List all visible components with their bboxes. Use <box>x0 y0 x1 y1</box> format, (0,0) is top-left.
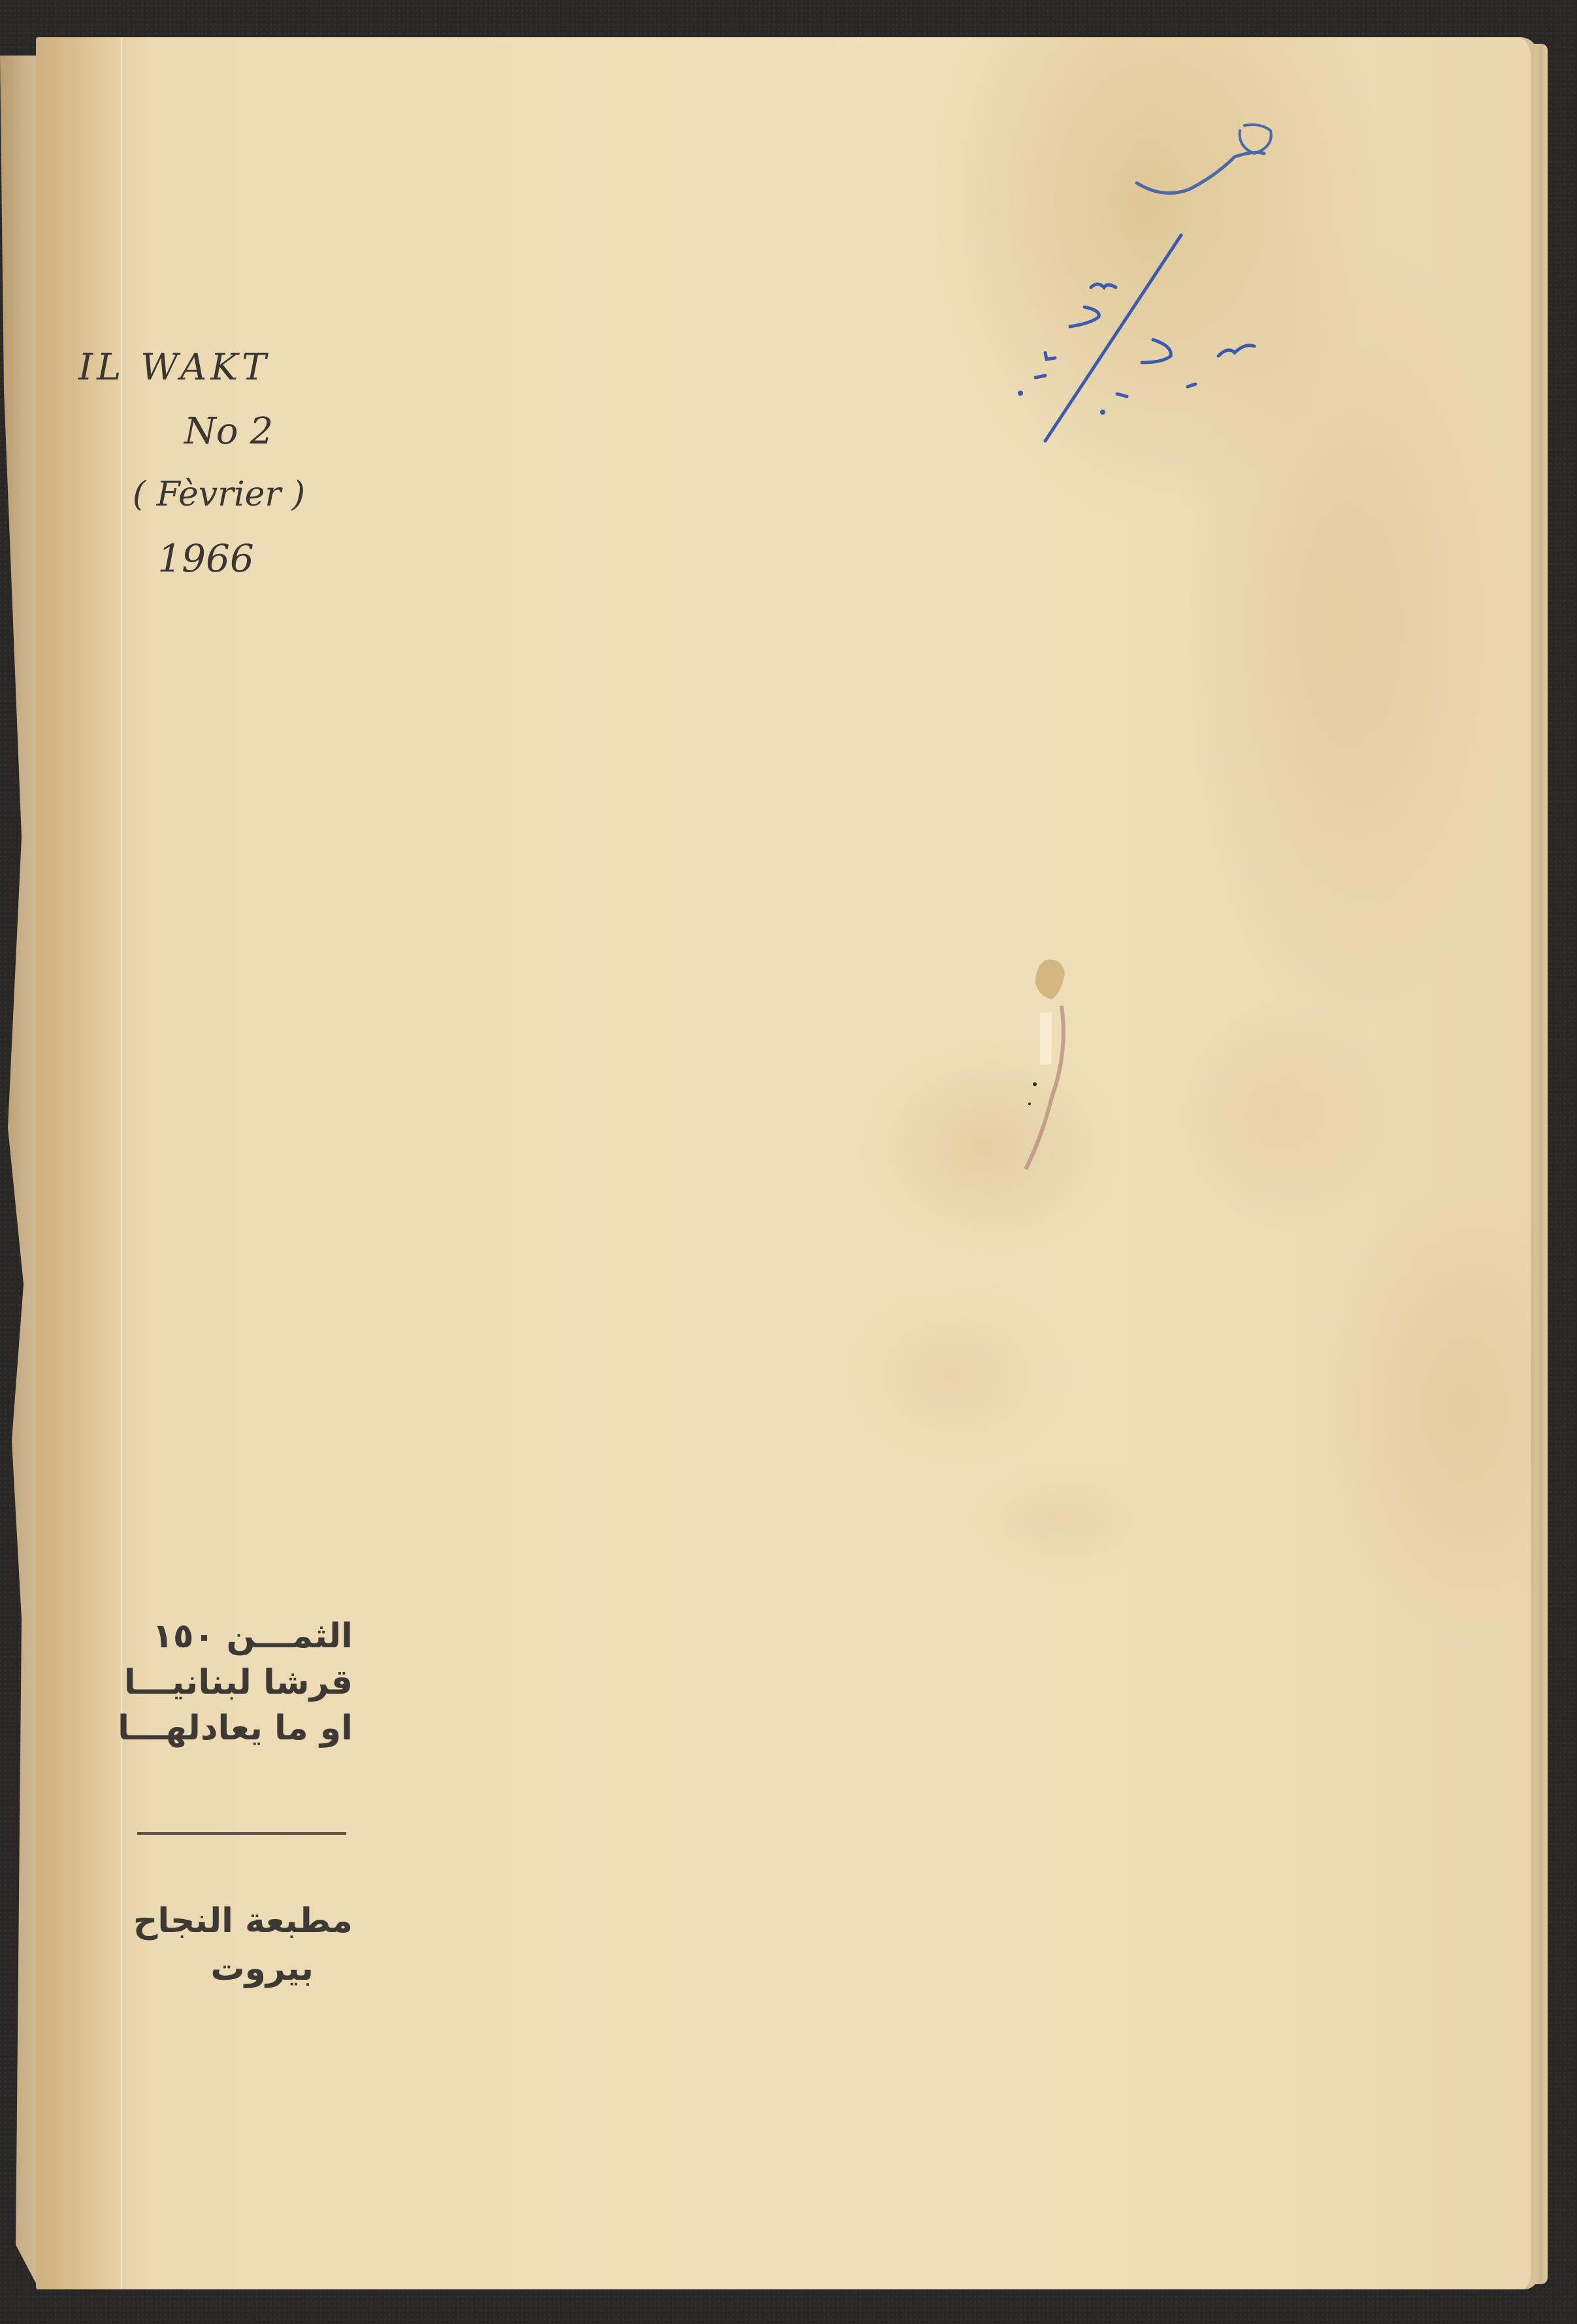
printer-name: مطبعة النجاح <box>98 1897 353 1945</box>
handwritten-annotation-icon <box>993 111 1307 490</box>
issue-month: ( Fèvrier ) <box>78 477 359 511</box>
printer-city: بيروت <box>98 1945 353 1993</box>
price-line-3: او ما يعادلهـــا <box>98 1705 353 1752</box>
torn-spine-fragment <box>0 56 39 2289</box>
ink-smudge-stain <box>1006 947 1078 1313</box>
magazine-title: IL WAKT <box>78 349 359 386</box>
printer-block: مطبعة النجاح بيروت <box>98 1897 353 1993</box>
price-line-2: قرشا لبنانيـــا <box>98 1660 353 1706</box>
price-line-1: الثمـــن ١٥٠ <box>98 1613 353 1660</box>
issue-number: No 2 <box>78 413 359 450</box>
page-stack-edge <box>1535 44 1548 2284</box>
divider-rule <box>137 1832 346 1835</box>
price-block: الثمـــن ١٥٠ قرشا لبنانيـــا او ما يعادل… <box>98 1613 353 1752</box>
cover-title-block: IL WAKT No 2 ( Fèvrier ) 1966 <box>78 349 359 581</box>
issue-year: 1966 <box>78 536 359 581</box>
